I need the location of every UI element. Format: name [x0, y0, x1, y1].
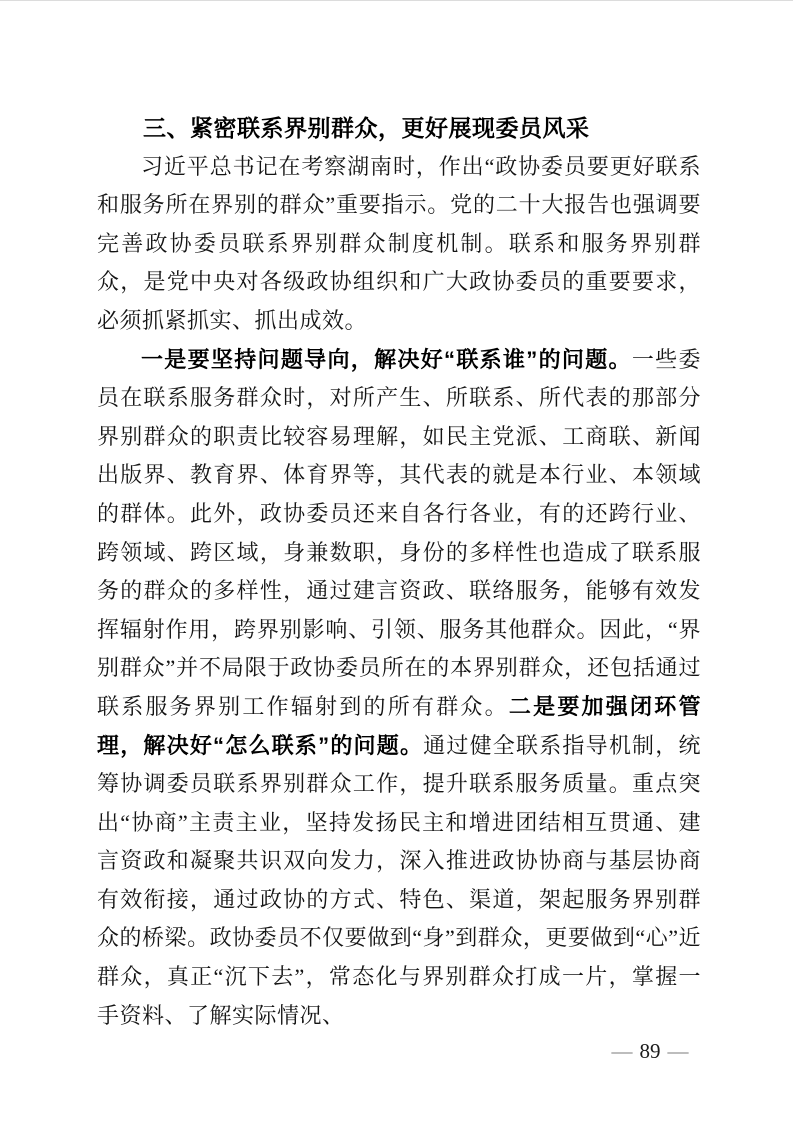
page-footer: —89—	[598, 1036, 702, 1066]
footer-dash-right: —	[661, 1039, 696, 1063]
section-heading: 三、紧密联系界别群众，更好展现委员风采	[97, 109, 701, 148]
text-run: 通过健全联系指导机制，统筹协调委员联系界别群众工作，提升联系服务质量。重点突出“…	[97, 733, 701, 1028]
page-top-edge	[0, 0, 793, 1]
paragraph: 习近平总书记在考察湖南时，作出“政协委员要更好联系和服务所在界别的群众”重要指示…	[97, 148, 701, 341]
text-run: 一些委员在联系服务群众时，对所产生、所联系、所代表的那部分界别群众的职责比较容易…	[97, 347, 701, 719]
text-run: 习近平总书记在考察湖南时，作出“政协委员要更好联系和服务所在界别的群众”重要指示…	[97, 154, 701, 333]
page-number: 89	[640, 1039, 661, 1063]
footer-dash-left: —	[605, 1039, 640, 1063]
emphasis-text-run: 一是要坚持问题导向，解决好“联系谁”的问题。	[141, 347, 632, 372]
document-page: 三、紧密联系界别群众，更好展现委员风采 习近平总书记在考察湖南时，作出“政协委员…	[97, 109, 701, 1035]
paragraph: 一是要坚持问题导向，解决好“联系谁”的问题。一些委员在联系服务群众时，对所产生、…	[97, 341, 701, 1036]
